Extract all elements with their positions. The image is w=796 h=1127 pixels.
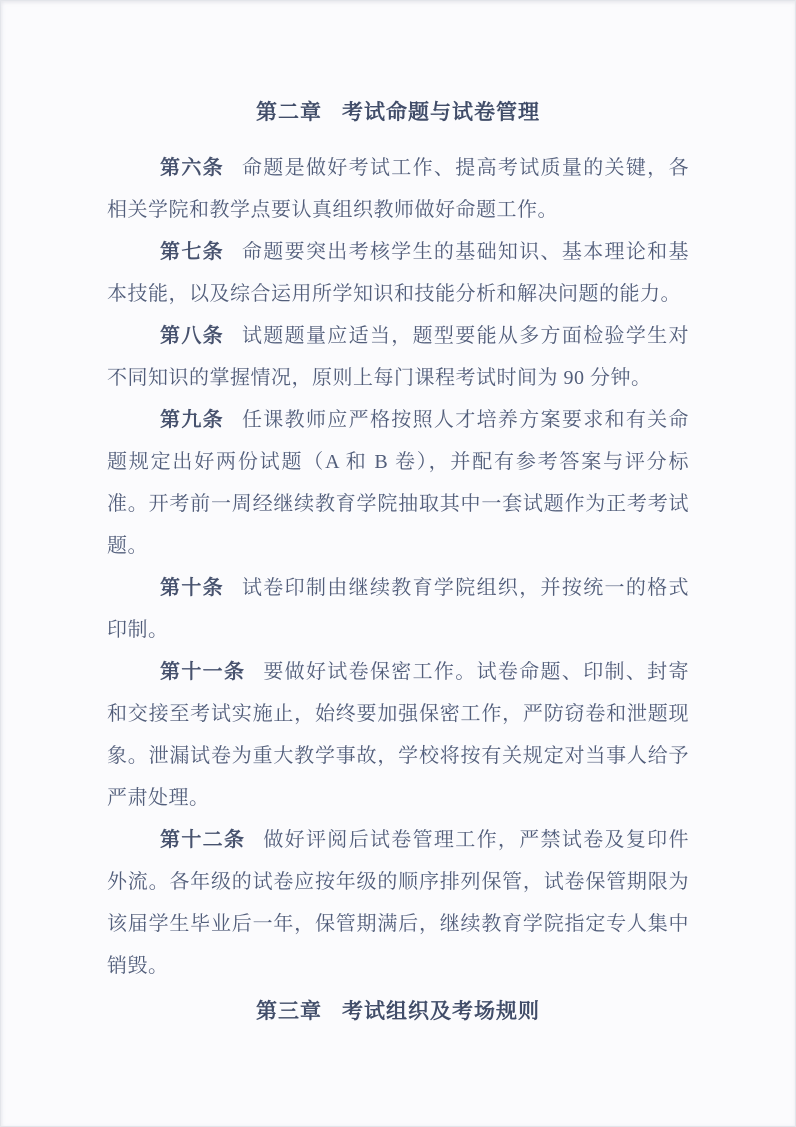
chapter-2-label: 第二章	[256, 100, 322, 124]
article-number: 第十二条	[160, 829, 263, 851]
article-paragraph-12: 第十二条做好评阅后试卷管理工作，严禁试卷及复印件外流。各年级的试卷应按年级的顺序…	[107, 819, 689, 987]
article-number: 第十一条	[160, 661, 263, 683]
chapter-3-heading: 第三章考试组织及考场规则	[107, 996, 689, 1026]
chapter-2-title: 考试命题与试卷管理	[342, 100, 540, 124]
chapter-3-title: 考试组织及考场规则	[342, 999, 540, 1023]
article-text: 做好评阅后试卷管理工作，严禁试卷及复印件外流。各年级的试卷应按年级的顺序排列保管…	[107, 829, 689, 977]
chapter-2-heading: 第二章考试命题与试卷管理	[107, 97, 689, 127]
article-paragraph-10: 第十条试卷印制由继续教育学院组织，并按统一的格式印制。	[107, 567, 689, 651]
article-text: 任课教师应严格按照人才培养方案要求和有关命题规定出好两份试题（A 和 B 卷），…	[107, 409, 689, 557]
article-paragraph-8: 第八条试题题量应适当，题型要能从多方面检验学生对不同知识的掌握情况，原则上每门课…	[107, 315, 689, 399]
chapter-3-label: 第三章	[256, 999, 322, 1023]
scanned-document-page: 第二章考试命题与试卷管理 第六条命题是做好考试工作、提高考试质量的关键，各相关学…	[0, 0, 796, 1127]
document-body: 第二章考试命题与试卷管理 第六条命题是做好考试工作、提高考试质量的关键，各相关学…	[1, 1, 795, 1026]
article-number: 第八条	[160, 325, 242, 347]
article-number: 第九条	[160, 409, 242, 431]
article-paragraph-11: 第十一条要做好试卷保密工作。试卷命题、印制、封寄和交接至考试实施止，始终要加强保…	[107, 651, 689, 819]
article-number: 第七条	[160, 241, 242, 263]
article-paragraph-7: 第七条命题要突出考核学生的基础知识、基本理论和基本技能，以及综合运用所学知识和技…	[107, 231, 689, 315]
article-number: 第十条	[160, 577, 242, 599]
article-number: 第六条	[160, 157, 242, 179]
article-paragraph-6: 第六条命题是做好考试工作、提高考试质量的关键，各相关学院和教学点要认真组织教师做…	[107, 147, 689, 231]
article-text: 要做好试卷保密工作。试卷命题、印制、封寄和交接至考试实施止，始终要加强保密工作，…	[107, 661, 689, 809]
article-paragraph-9: 第九条任课教师应严格按照人才培养方案要求和有关命题规定出好两份试题（A 和 B …	[107, 399, 689, 567]
